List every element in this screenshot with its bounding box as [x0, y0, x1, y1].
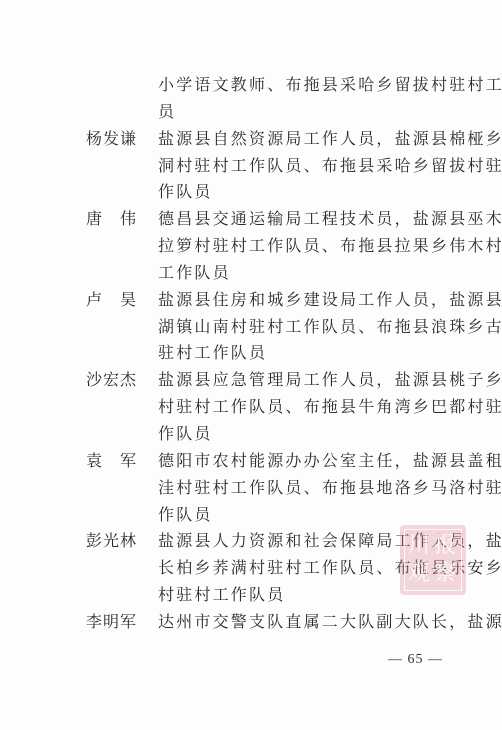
list-item: 沙宏杰 盐源县应急管理局工作人员，盐源县桃子乡草鹿 村驻村工作队员、布拖县牛角湾… [0, 367, 502, 448]
person-name: 袁 军 [86, 448, 158, 529]
stamp-char: 察 [434, 561, 456, 587]
person-name: 李明军 [86, 609, 158, 636]
text-line: 工作队员 [158, 260, 454, 287]
list-item: 杨发谦 盐源县自然资源局工作人员，盐源县棉桠乡狐狸 洞村驻村工作队员、布拖县采哈… [0, 126, 502, 207]
person-description: 盐源县住房和城乡建设局工作人员，盐源县泸沽 湖镇山南村驻村工作队员、布拖县浪珠乡… [158, 287, 454, 368]
continuation-text: 小学语文教师、布拖县采哈乡留拔村驻村工作队 员 [0, 72, 502, 126]
list-item: 卢 昊 盐源县住房和城乡建设局工作人员，盐源县泸沽 湖镇山南村驻村工作队员、布拖… [0, 287, 502, 368]
person-name: 卢 昊 [86, 287, 158, 368]
stamp-char: 观 [408, 561, 430, 587]
text-line: 德阳市农村能源办办公室主任，盐源县盖租乡格 [158, 448, 454, 475]
page-number: — 65 — [388, 652, 443, 668]
person-description: 盐源县自然资源局工作人员，盐源县棉桠乡狐狸 洞村驻村工作队员、布拖县采哈乡留拔村… [158, 126, 454, 207]
person-name: 彭光林 [86, 528, 158, 609]
text-line: 员 [158, 99, 502, 126]
text-line: 盐源县住房和城乡建设局工作人员，盐源县泸沽 [158, 287, 454, 314]
stamp-char: 报 [434, 533, 456, 559]
text-line: 小学语文教师、布拖县采哈乡留拔村驻村工作队 [158, 72, 502, 99]
list-item: 袁 军 德阳市农村能源办办公室主任，盐源县盖租乡格 洼村驻村工作队员、布拖县地洛… [0, 448, 502, 529]
text-line: 作队员 [158, 179, 454, 206]
text-line: 村驻村工作队员、布拖县牛角湾乡巴都村驻村工 [158, 394, 454, 421]
list-item: 李明军 达州市交警支队直属二大队副大队长，盐源县白 [0, 609, 502, 636]
text-line: 驻村工作队员 [158, 340, 454, 367]
person-name: 沙宏杰 [86, 367, 158, 448]
person-description: 德昌县交通运输局工程技术员，盐源县巫木乡大 拉箩村驻村工作队员、布拖县拉果乡伟木… [158, 206, 454, 287]
text-line: 湖镇山南村驻村工作队员、布拖县浪珠乡古木村 [158, 314, 454, 341]
text-line: 拉箩村驻村工作队员、布拖县拉果乡伟木村驻村 [158, 233, 454, 260]
text-line: 洞村驻村工作队员、布拖县采哈乡留拔村驻村工 [158, 153, 454, 180]
text-line: 德昌县交通运输局工程技术员，盐源县巫木乡大 [158, 206, 454, 233]
person-name: 杨发谦 [86, 126, 158, 207]
person-description: 盐源县应急管理局工作人员，盐源县桃子乡草鹿 村驻村工作队员、布拖县牛角湾乡巴都村… [158, 367, 454, 448]
person-name: 唐 伟 [86, 206, 158, 287]
stamp-char: 川 [408, 533, 430, 559]
document-page: 小学语文教师、布拖县采哈乡留拔村驻村工作队 员 杨发谦 盐源县自然资源局工作人员… [0, 0, 502, 730]
text-line: 盐源县应急管理局工作人员，盐源县桃子乡草鹿 [158, 367, 454, 394]
text-line: 作队员 [158, 421, 454, 448]
list-item: 唐 伟 德昌县交通运输局工程技术员，盐源县巫木乡大 拉箩村驻村工作队员、布拖县拉… [0, 206, 502, 287]
text-line: 盐源县自然资源局工作人员，盐源县棉桠乡狐狸 [158, 126, 454, 153]
text-line: 达州市交警支队直属二大队副大队长，盐源县白 [158, 609, 454, 636]
watermark-stamp: 川 报 观 察 [400, 525, 466, 595]
text-line: 洼村驻村工作队员、布拖县地洛乡马洛村驻村工 [158, 475, 454, 502]
person-description: 达州市交警支队直属二大队副大队长，盐源县白 [158, 609, 454, 636]
person-description: 德阳市农村能源办办公室主任，盐源县盖租乡格 洼村驻村工作队员、布拖县地洛乡马洛村… [158, 448, 454, 529]
